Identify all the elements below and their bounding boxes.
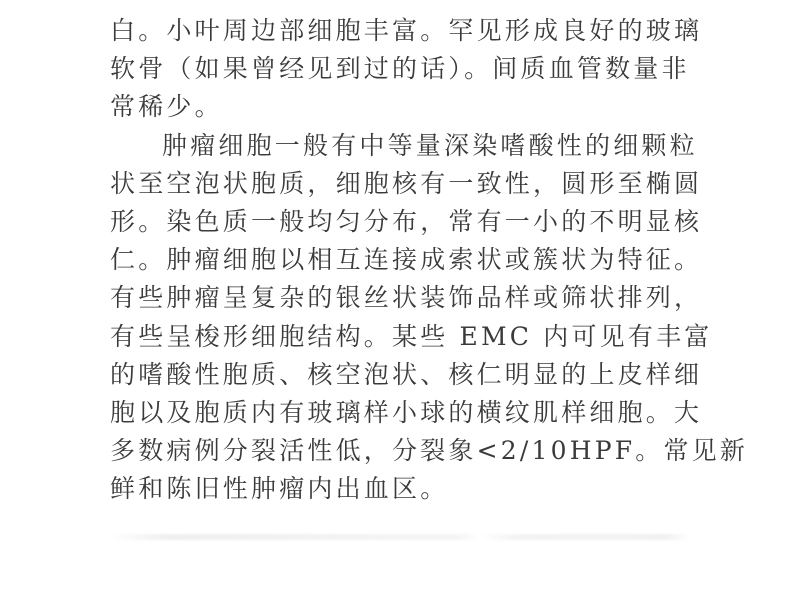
document-page: 白。小叶周边部细胞丰富。罕见形成良好的玻璃 软骨（如果曾经见到过的话）。间质血管… bbox=[110, 12, 694, 509]
text-line: 鲜和陈旧性肿瘤内出血区。 bbox=[110, 470, 694, 508]
faded-cutoff-line bbox=[110, 534, 690, 540]
text-line: 胞以及胞质内有玻璃样小球的横纹肌样细胞。大 bbox=[110, 394, 694, 432]
text-line: 有些呈梭形细胞结构。某些 EMC 内可见有丰富 bbox=[110, 318, 694, 356]
text-line: 仁。肿瘤细胞以相互连接成索状或簇状为特征。 bbox=[110, 241, 694, 279]
text-line: 的嗜酸性胞质、核空泡状、核仁明显的上皮样细 bbox=[110, 356, 694, 394]
text-line: 常稀少。 bbox=[110, 88, 694, 126]
text-line: 多数病例分裂活性低，分裂象<2/10HPF。常见新 bbox=[110, 432, 694, 470]
paragraph-2: 肿瘤细胞一般有中等量深染嗜酸性的细颗粒 状至空泡状胞质，细胞核有一致性，圆形至椭… bbox=[110, 127, 694, 509]
text-line: 有些肿瘤呈复杂的银丝状装饰品样或筛状排列， bbox=[110, 279, 694, 317]
text-line-indented: 肿瘤细胞一般有中等量深染嗜酸性的细颗粒 bbox=[110, 127, 694, 165]
text-line: 软骨（如果曾经见到过的话）。间质血管数量非 bbox=[110, 50, 694, 88]
text-line: 状至空泡状胞质，细胞核有一致性，圆形至椭圆 bbox=[110, 165, 694, 203]
text-line: 白。小叶周边部细胞丰富。罕见形成良好的玻璃 bbox=[110, 12, 694, 50]
paragraph-1: 白。小叶周边部细胞丰富。罕见形成良好的玻璃 软骨（如果曾经见到过的话）。间质血管… bbox=[110, 12, 694, 127]
text-line: 形。染色质一般均匀分布，常有一小的不明显核 bbox=[110, 203, 694, 241]
